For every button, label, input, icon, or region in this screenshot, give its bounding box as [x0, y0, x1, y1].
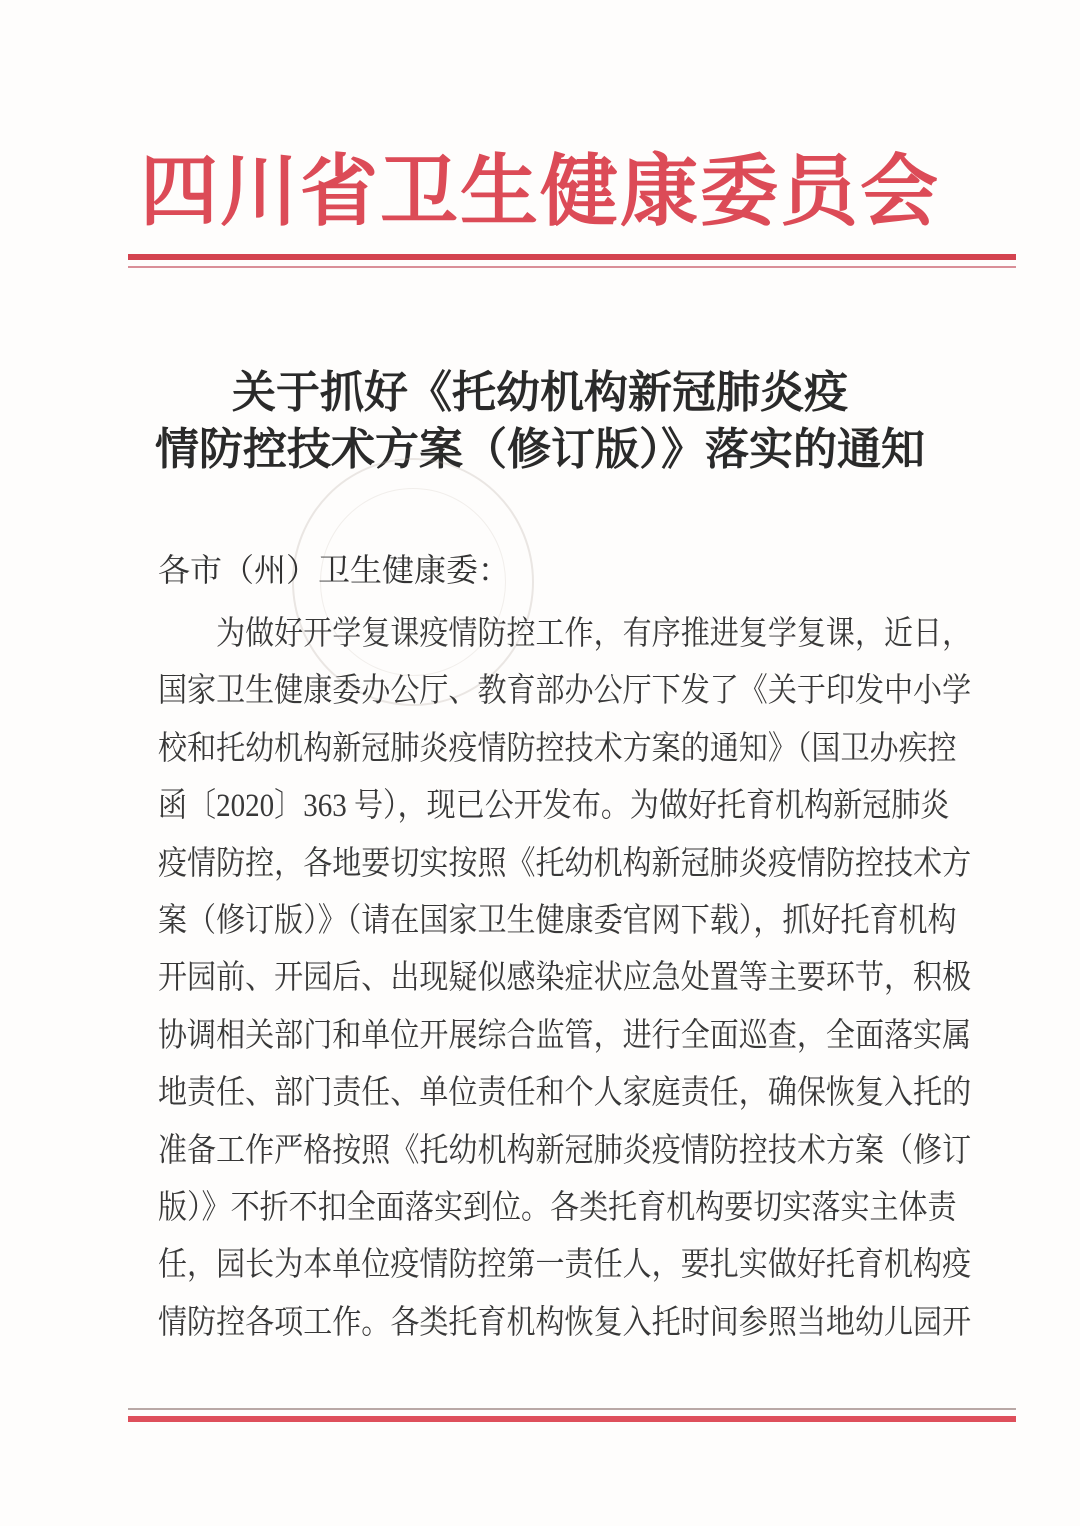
body-line: 版）》不折不扣全面落实到位。各类托育机构要切实落实主体责	[158, 1180, 883, 1237]
body-line: 协调相关部门和单位开展综合监管，进行全面巡查，全面落实属	[158, 1008, 883, 1065]
body-paragraph: 为做好开学复课疫情防控工作，有序推进复学复课，近日， 国家卫生健康委办公厅、教育…	[158, 606, 982, 1352]
footer-rule-thin	[128, 1408, 1016, 1410]
body-line: 地责任、部门责任、单位责任和个人家庭责任，确保恢复入托的	[158, 1065, 883, 1122]
document-title-line-1: 关于抓好《托幼机构新冠肺炎疫	[0, 364, 1080, 421]
header-rule-thick	[128, 254, 1016, 260]
header-rule-thin	[128, 266, 1016, 268]
document-title-line-2: 情防控技术方案（修订版）》落实的通知	[0, 421, 1080, 478]
scanned-document-page: 四川省卫生健康委员会 关于抓好《托幼机构新冠肺炎疫 情防控技术方案（修订版）》落…	[0, 0, 1080, 1526]
body-line: 准备工作严格按照《托幼机构新冠肺炎疫情防控技术方案（修订	[158, 1123, 883, 1180]
letterhead-org-name: 四川省卫生健康委员会	[0, 146, 1080, 238]
body-line: 函〔2020〕363 号），现已公开发布。为做好托育机构新冠肺炎	[158, 778, 883, 835]
body-line: 开园前、开园后、出现疑似感染症状应急处置等主要环节，积极	[158, 950, 883, 1007]
body-line: 疫情防控，各地要切实按照《托幼机构新冠肺炎疫情防控技术方	[158, 836, 883, 893]
body-line: 情防控各项工作。各类托育机构恢复入托时间参照当地幼儿园开	[158, 1295, 883, 1352]
body-line: 任，园长为本单位疫情防控第一责任人，要扎实做好托育机构疫	[158, 1237, 883, 1294]
body-line: 为做好开学复课疫情防控工作，有序推进复学复课，近日，	[158, 606, 883, 663]
body-line: 校和托幼机构新冠肺炎疫情防控技术方案的通知》（国卫办疾控	[158, 721, 883, 778]
body-line: 案（修订版）》（请在国家卫生健康委官网下载），抓好托育机构	[158, 893, 883, 950]
salutation: 各市（州）卫生健康委：	[158, 552, 510, 588]
footer-rule-thick	[128, 1416, 1016, 1422]
document-title: 关于抓好《托幼机构新冠肺炎疫 情防控技术方案（修订版）》落实的通知	[0, 364, 1080, 478]
body-line: 国家卫生健康委办公厅、教育部办公厅下发了《关于印发中小学	[158, 663, 883, 720]
